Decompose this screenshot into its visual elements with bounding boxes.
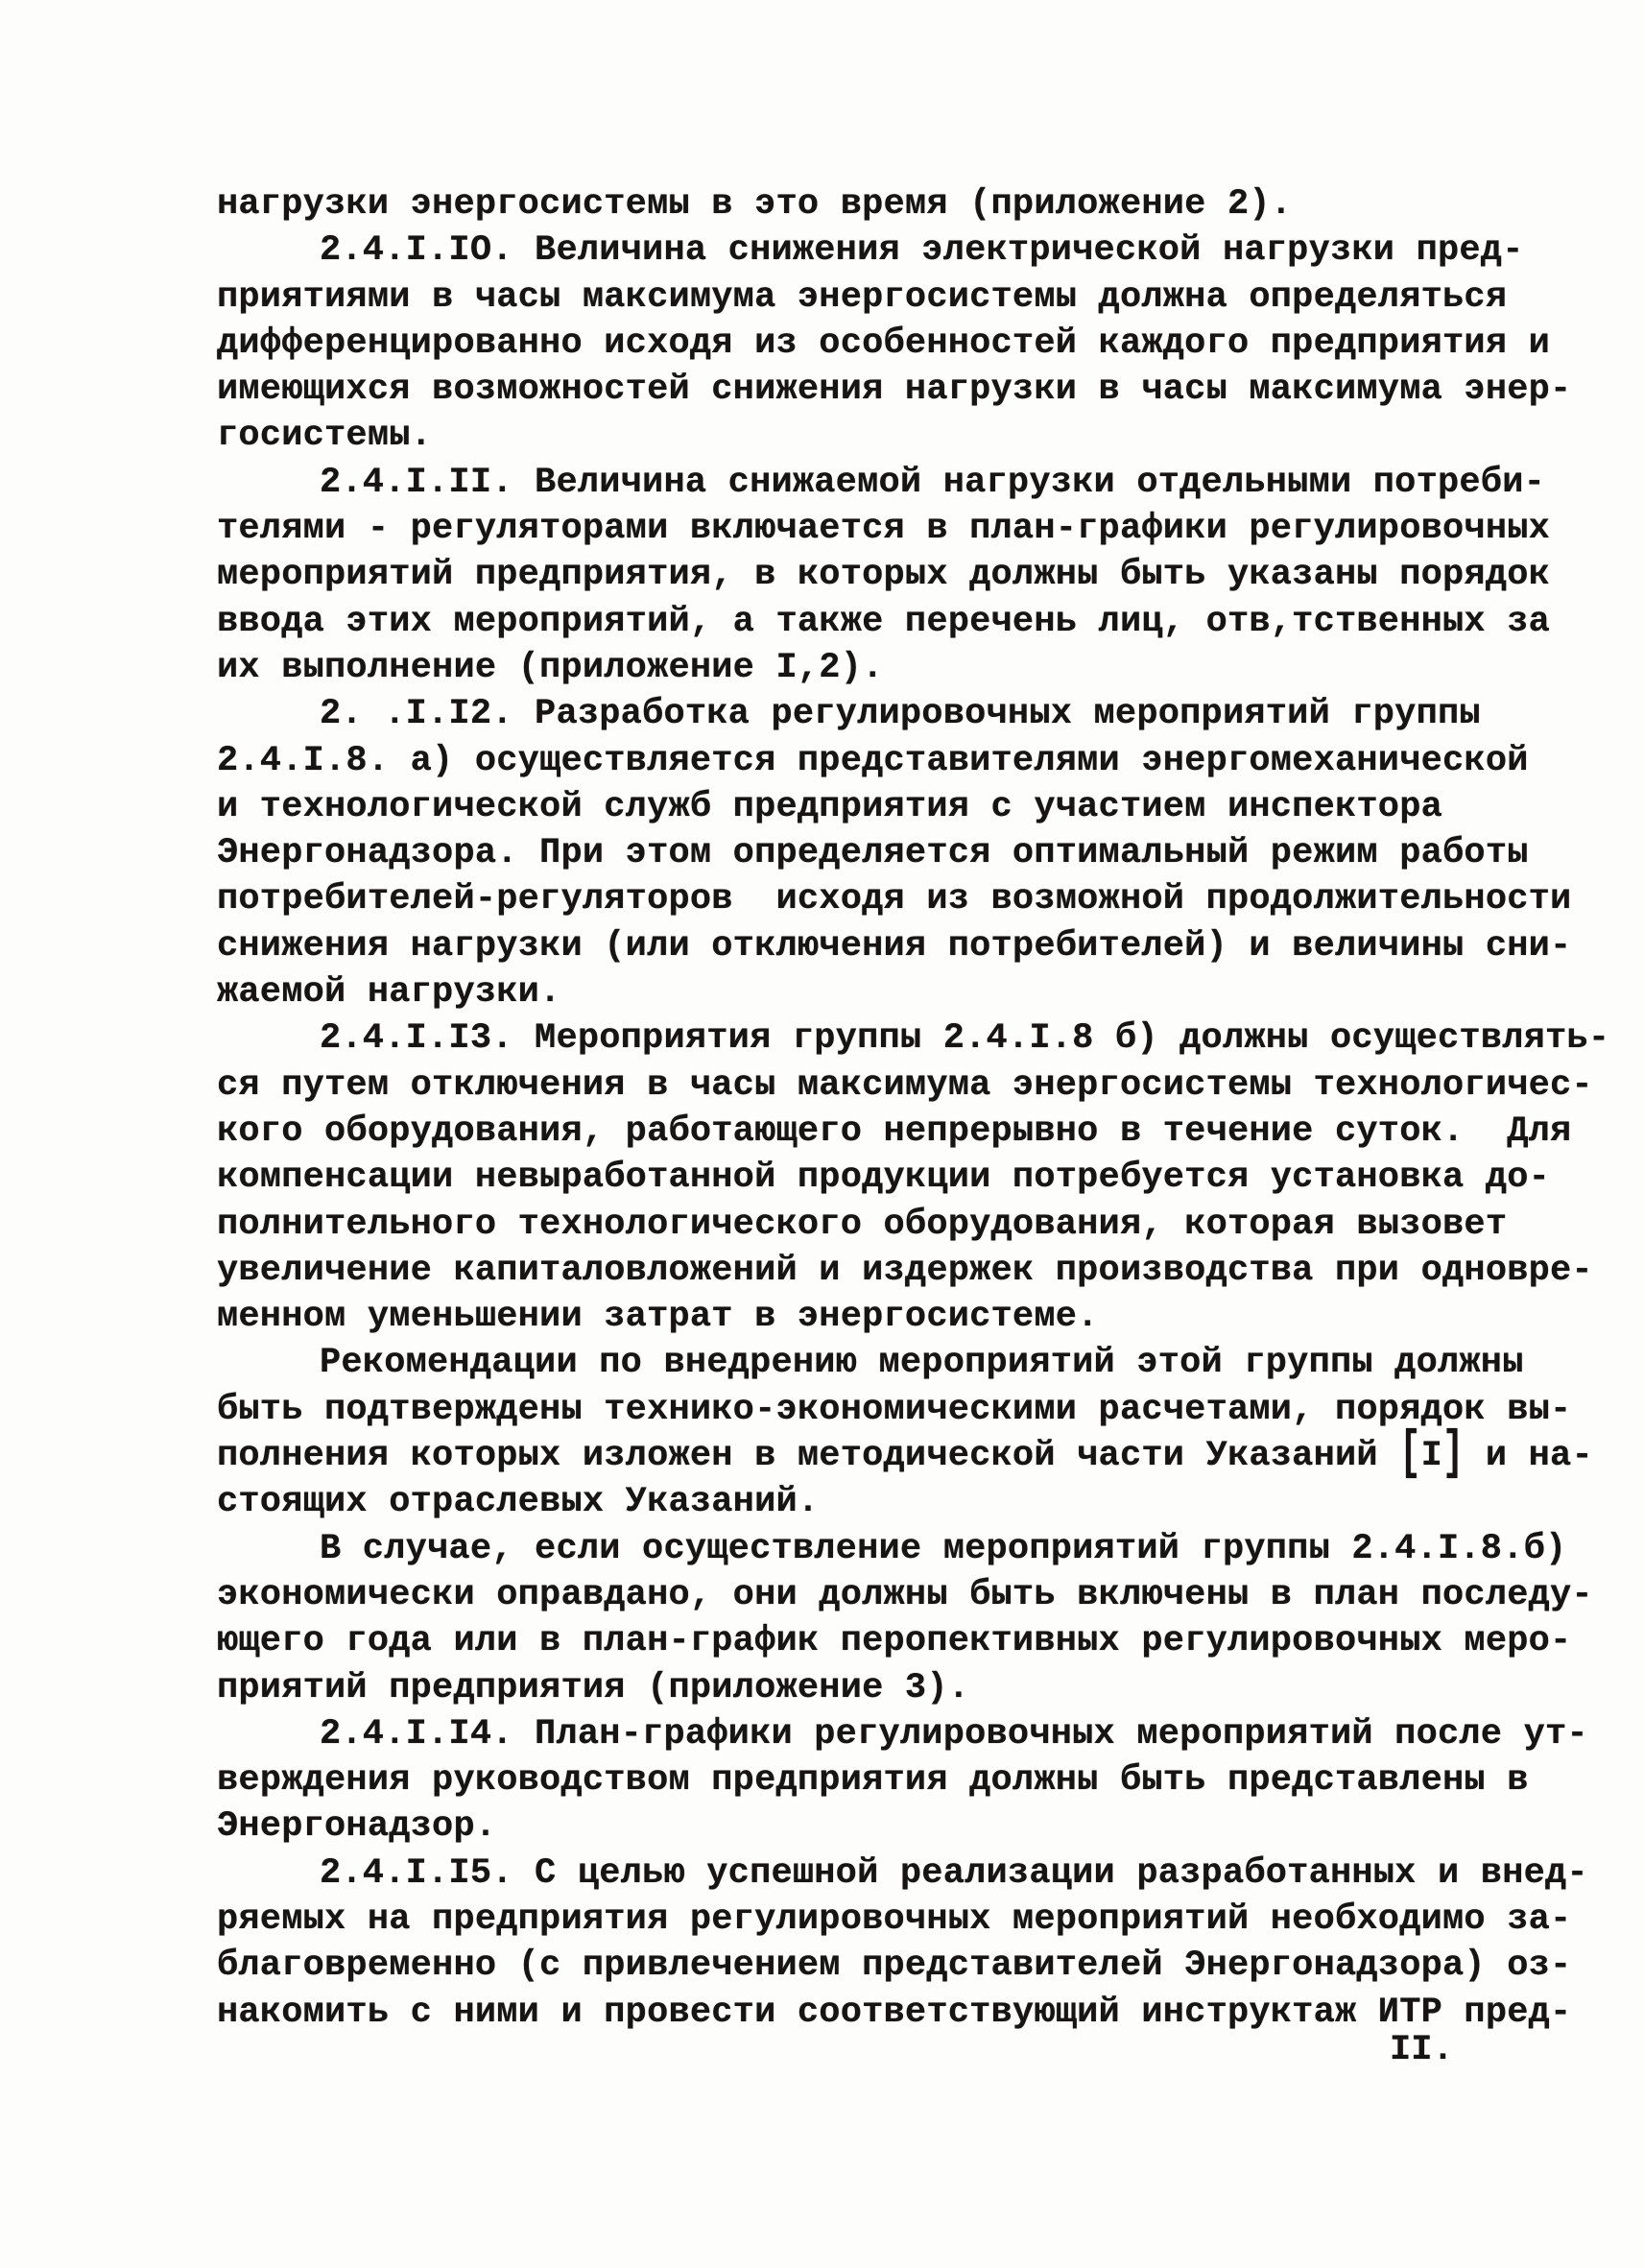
text-line: Рекомендации по внедрению мероприятий эт… (217, 1340, 1618, 1386)
text-line: Энергонадзора. При этом определяется опт… (217, 830, 1618, 876)
text-line: полнительного технологического оборудова… (217, 1202, 1618, 1248)
text-line: госистемы. (217, 413, 1618, 459)
text-line: телями - регуляторами включается в план-… (217, 506, 1618, 552)
reference-bracket-close: ] (1442, 1420, 1464, 1489)
document-page: нагрузки энергосистемы в это время (прил… (0, 0, 1644, 2268)
text-line: 2.4.I.I5. С целью успешной реализации ра… (217, 1850, 1618, 1897)
text-line: 2. .I.I2. Разработка регулировочных меро… (217, 691, 1618, 737)
text-line: дифференцированно исходя из особенностей… (217, 321, 1618, 367)
text-line: 2.4.I.II. Величина снижаемой нагрузки от… (217, 460, 1618, 506)
text-line: 2.4.I.8. а) осуществляется представителя… (217, 738, 1618, 784)
text-line: и технологической служб предприятия с уч… (217, 784, 1618, 830)
page-number: II. (1390, 2027, 1454, 2073)
reference-number: I (1421, 1436, 1442, 1476)
text-line: снижения нагрузки (или отключения потреб… (217, 923, 1618, 969)
line-text-before-reference: полнения которых изложен в методической … (217, 1436, 1399, 1476)
text-line: менном уменьшении затрат в энергосистеме… (217, 1294, 1618, 1340)
text-line: ряемых на предприятия регулировочных мер… (217, 1897, 1618, 1943)
text-line: Энергонадзор. (217, 1803, 1618, 1850)
text-line: 2.4.I.IO. Величина снижения электрическо… (217, 227, 1618, 274)
text-line: мероприятий предприятия, в которых должн… (217, 552, 1618, 598)
text-line: кого оборудования, работающего непрерывн… (217, 1109, 1618, 1155)
text-line: экономически оправдано, они должны быть … (217, 1572, 1618, 1618)
document-text-block: нагрузки энергосистемы в это время (прил… (217, 181, 1618, 2036)
text-line: приятий предприятия (приложение 3). (217, 1665, 1618, 1711)
text-line: компенсации невыработанной продукции пот… (217, 1155, 1618, 1201)
reference-bracket-open: [ (1399, 1420, 1420, 1489)
text-line: 2.4.I.I3. Мероприятия группы 2.4.I.8 б) … (217, 1015, 1618, 1062)
text-line: ся путем отключения в часы максимума эне… (217, 1062, 1618, 1109)
text-line: нагрузки энергосистемы в это время (прил… (217, 181, 1618, 227)
text-line: имеющихся возможностей снижения нагрузки… (217, 367, 1618, 413)
text-line: ющего года или в план-график перопективн… (217, 1618, 1618, 1664)
text-line: их выполнение (приложение I,2). (217, 645, 1618, 691)
text-line: приятиями в часы максимума энергосистемы… (217, 275, 1618, 321)
line-text-after-reference: и на- (1464, 1436, 1592, 1476)
text-line: благовременно (с привлечением представит… (217, 1943, 1618, 1989)
text-line: потребителей-регуляторов исходя из возмо… (217, 876, 1618, 922)
text-line-with-reference: полнения которых изложен в методической … (217, 1433, 1618, 1479)
text-line: В случае, если осуществление мероприятий… (217, 1526, 1618, 1572)
text-line: верждения руководством предприятия должн… (217, 1757, 1618, 1803)
text-line: 2.4.I.I4. План-графики регулировочных ме… (217, 1711, 1618, 1757)
text-line: увеличение капиталовложений и издержек п… (217, 1248, 1618, 1294)
text-line: жаемой нагрузки. (217, 969, 1618, 1015)
text-line: ввода этих мероприятий, а также перечень… (217, 599, 1618, 645)
